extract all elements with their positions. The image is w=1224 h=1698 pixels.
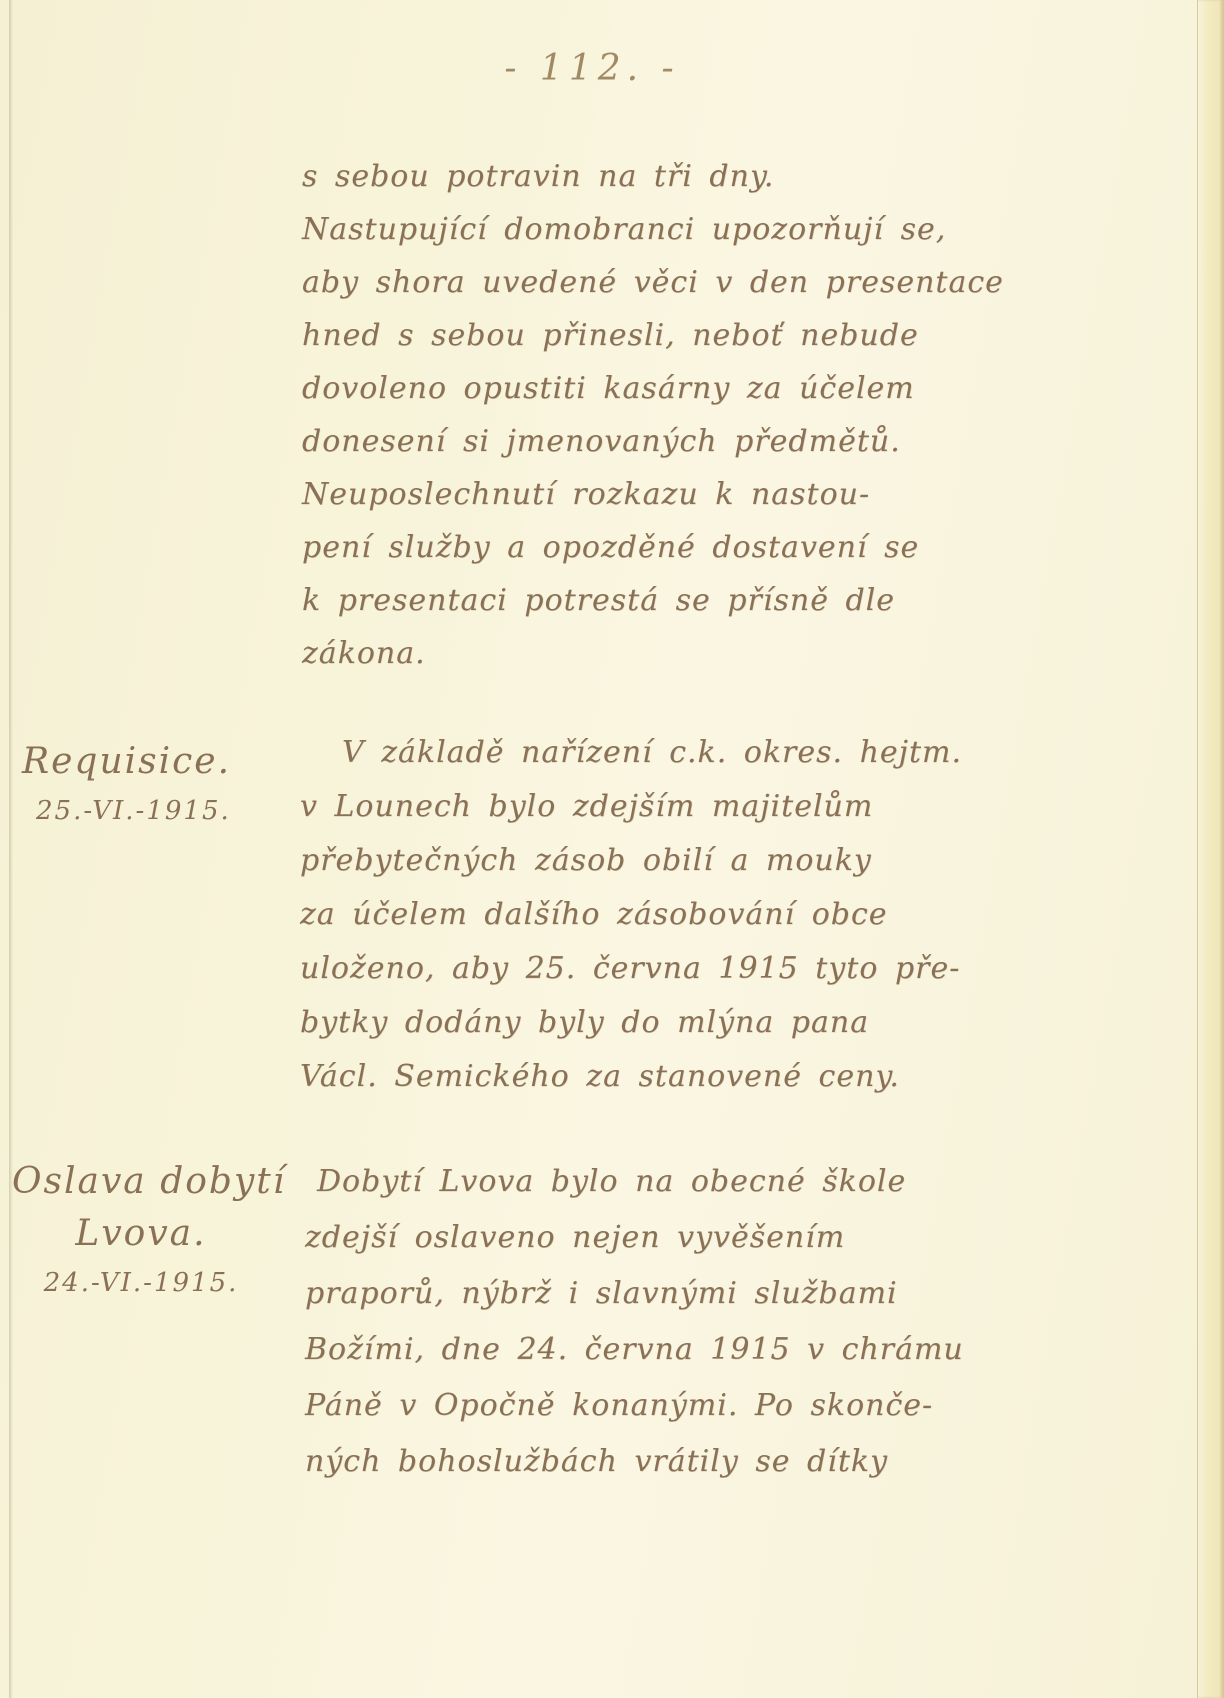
manuscript-line: ných bohoslužbách vrátily se dítky: [305, 1434, 964, 1490]
margin-note-title: Oslava dobytí: [12, 1156, 270, 1208]
manuscript-line: V základě nařízení c.k. okres. hejtm.: [300, 726, 962, 780]
manuscript-line: zdejší oslaveno nejen vyvěšením: [305, 1210, 964, 1266]
manuscript-line: v Lounech bylo zdejším majitelům: [300, 780, 962, 834]
margin-note-requisice: Requisice. 25.-VI.-1915.: [22, 736, 267, 826]
manuscript-line: praporů, nýbrž i slavnými službami: [305, 1266, 964, 1322]
manuscript-line: aby shora uvedené věci v den presentace: [302, 256, 1004, 309]
manuscript-line: Páně v Opočně konanými. Po skonče-: [305, 1378, 964, 1434]
manuscript-line: uloženo, aby 25. června 1915 tyto pře-: [300, 942, 962, 996]
manuscript-line: s sebou potravin na tři dny.: [302, 150, 1004, 203]
manuscript-line: k presentaci potrestá se přísně dle: [302, 574, 1004, 627]
margin-note-lvov-celebration: Oslava dobytí Lvova. 24.-VI.-1915.: [12, 1156, 270, 1298]
paragraph-requisition: V základě nařízení c.k. okres. hejtm. v …: [300, 726, 962, 1104]
margin-note-title: Lvova.: [12, 1208, 270, 1260]
manuscript-line: Neuposlechnutí rozkazu k nastou-: [302, 468, 1004, 521]
manuscript-line: přebytečných zásob obilí a mouky: [300, 834, 962, 888]
page-right-edge: [1197, 0, 1224, 1698]
paragraph-mobilization-notice: s sebou potravin na tři dny. Nastupující…: [302, 150, 1004, 680]
page-number: - 112. -: [0, 48, 1184, 89]
manuscript-line: pení služby a opozděné dostavení se: [302, 521, 1004, 574]
margin-note-date: 24.-VI.-1915.: [12, 1268, 270, 1298]
manuscript-line: zákona.: [302, 627, 1004, 680]
manuscript-line: Dobytí Lvova bylo na obecné škole: [305, 1154, 964, 1210]
manuscript-line: Božími, dne 24. června 1915 v chrámu: [305, 1322, 964, 1378]
manuscript-line: Nastupující domobranci upozorňují se,: [302, 203, 1004, 256]
manuscript-page: - 112. - s sebou potravin na tři dny. Na…: [0, 0, 1224, 1698]
margin-note-title: Requisice.: [22, 736, 267, 788]
manuscript-line: donesení si jmenovaných předmětů.: [302, 415, 1004, 468]
manuscript-line: bytky dodány byly do mlýna pana: [300, 996, 962, 1050]
page-gutter-edge: [9, 0, 13, 1698]
manuscript-line: hned s sebou přinesli, neboť nebude: [302, 309, 1004, 362]
margin-note-date: 25.-VI.-1915.: [22, 796, 267, 826]
manuscript-line: Václ. Semického za stanovené ceny.: [300, 1050, 962, 1104]
paragraph-lvov-celebration: Dobytí Lvova bylo na obecné škole zdejší…: [305, 1154, 964, 1490]
manuscript-line: dovoleno opustiti kasárny za účelem: [302, 362, 1004, 415]
manuscript-line: za účelem dalšího zásobování obce: [300, 888, 962, 942]
